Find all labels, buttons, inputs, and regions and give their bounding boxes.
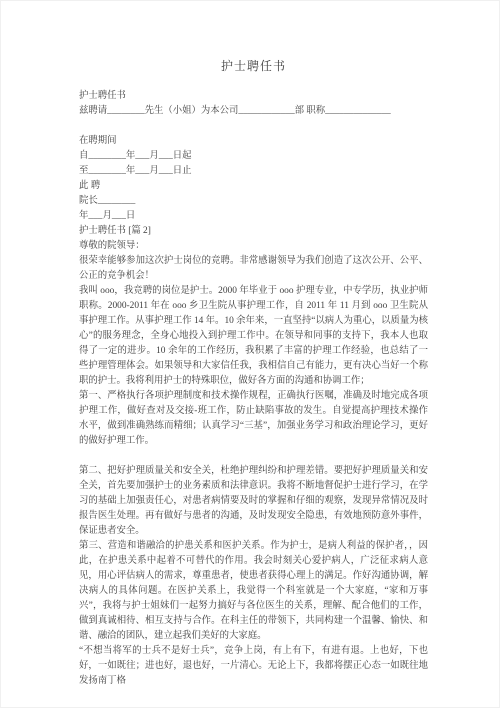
paragraph-intro-thanks: 很荣幸能够参加这次护士岗位的竞聘。非常感谢领导为我们创造了这次公开、公平、公正的… (79, 254, 428, 284)
hire-blank-line: 兹聘请________先生（小姐）为本公司____________部 职称___… (79, 104, 428, 119)
period-to-line: 至________年___月___日止 (79, 164, 428, 179)
part2-heading: 护士聘任书 [篇 2] (79, 224, 428, 239)
dean-signature-line: 院长________ (79, 194, 428, 209)
letter-body: 护士聘任书 护士聘任书 兹聘请________先生（小姐）为本公司_______… (79, 59, 428, 689)
period-from-line: 自________年___月___日起 (79, 149, 428, 164)
blank-line (79, 119, 428, 134)
blank-line (79, 449, 428, 464)
paragraph-point-two: 第二、把好护理质量关和安全关，杜绝护理纠纷和护理差错。要把好护理质量关和安全关，… (79, 464, 428, 539)
page-title: 护士聘任书 (79, 59, 428, 74)
period-label: 在聘期间 (79, 134, 428, 149)
paragraph-closing-quote: “不想当将军的士兵不是好士兵”，竞争上岗，有上有下，有进有退。上也好，下也好，一… (79, 644, 428, 689)
document-page: 护士聘任书 护士聘任书 兹聘请________先生（小姐）为本公司_______… (0, 0, 500, 708)
date-line: 年___月___日 (79, 209, 428, 224)
paragraph-point-three: 第三、营造和谐融洽的护患关系和医护关系。作为护士，是病人利益的保护者，，因此，在… (79, 539, 428, 644)
part1-heading: 护士聘任书 (79, 89, 428, 104)
closing-phrase: 此 聘 (79, 179, 428, 194)
paragraph-point-one: 第一、严格执行各项护理制度和技术操作规程，正确执行医嘱，准确及时地完成各项护理工… (79, 389, 428, 449)
salutation: 尊敬的院领导： (79, 239, 428, 254)
paragraph-self-introduction: 我叫 ooo，我竞聘的岗位是护士。2000 年毕业于 ooo 护理专业，中专学历… (79, 284, 428, 389)
